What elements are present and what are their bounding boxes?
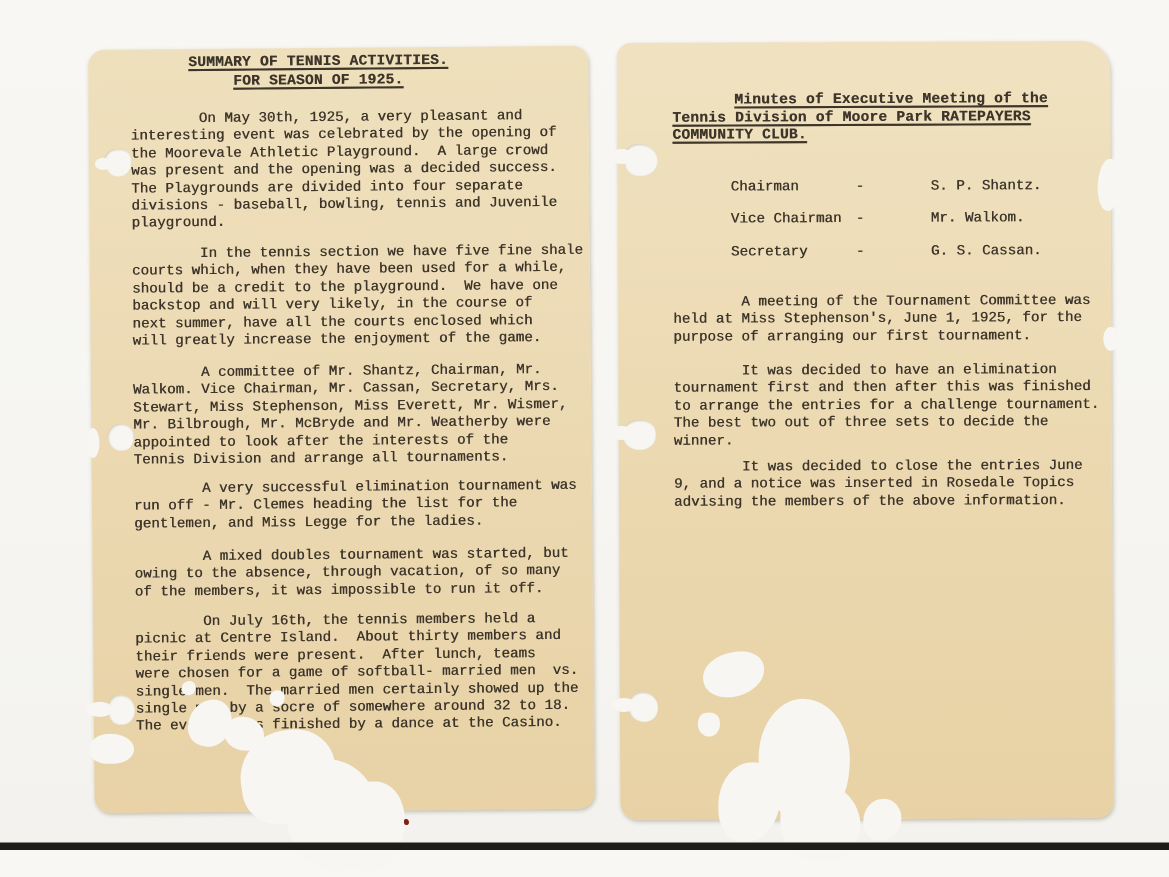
edge-tear — [1098, 159, 1120, 211]
torn-area — [780, 782, 860, 850]
left-page-title: SUMMARY OF TENNIS ACTIVITIES. FOR SEASON… — [88, 52, 548, 92]
officer-row-secretary: Secretary - G. S. Cassan. — [731, 243, 1103, 262]
punch-hole — [107, 424, 133, 451]
torn-hole — [182, 681, 196, 695]
officer-dash: - — [856, 179, 931, 197]
left-paragraph-opening-playground: On May 30th, 1925, a very pleasant and i… — [131, 108, 594, 234]
officer-dash: - — [856, 211, 931, 229]
right-paragraph-tournament-format: It was decided to have an elimination to… — [673, 362, 1113, 451]
left-paragraph-tennis-section: In the tennis section we have five fine … — [132, 243, 595, 351]
torn-area — [718, 762, 780, 842]
right-page-document: Minutes of Executive Meeting of the Tenn… — [617, 41, 1113, 820]
right-paragraph-committee-meeting: A meeting of the Tournament Committee wa… — [673, 293, 1113, 347]
torn-hole — [699, 647, 768, 701]
officer-role: Secretary — [731, 244, 856, 262]
officer-role: Vice Chairman — [731, 211, 856, 229]
officer-name: Mr. Walkom. — [931, 210, 1103, 228]
left-page-document: SUMMARY OF TENNIS ACTIVITIES. FOR SEASON… — [88, 46, 595, 813]
scanner-bed: SUMMARY OF TENNIS ACTIVITIES. FOR SEASON… — [0, 0, 1169, 850]
edge-tear — [90, 734, 134, 764]
punch-hole-tear — [612, 698, 636, 712]
scan-edge-band — [0, 842, 1169, 850]
torn-hole — [698, 713, 720, 737]
right-title-line-2: Tennis Division of Moore Park RATEPAYERS — [672, 109, 1030, 127]
edge-tear — [863, 799, 901, 841]
red-ink-speck — [404, 819, 409, 825]
left-paragraph-committee: A committee of Mr. Shantz, Chairman, Mr.… — [133, 362, 596, 470]
punch-hole-tear — [610, 426, 634, 440]
officer-name: G. S. Cassan. — [931, 243, 1103, 261]
punch-hole-tear — [609, 149, 633, 164]
officer-row-vice-chairman: Vice Chairman - Mr. Walkom. — [731, 210, 1103, 229]
officer-role: Chairman — [731, 179, 856, 197]
left-paragraph-mixed-doubles: A mixed doubles tournament was started, … — [134, 546, 596, 602]
officer-name: S. P. Shantz. — [931, 178, 1103, 196]
edge-nick — [1103, 327, 1118, 351]
officer-dash: - — [856, 243, 931, 261]
left-paragraph-elimination-tournament: A very successful elimination tournament… — [134, 478, 596, 534]
officer-row-chairman: Chairman - S. P. Shantz. — [731, 178, 1103, 197]
left-title-line-1: SUMMARY OF TENNIS ACTIVITIES. — [88, 52, 548, 74]
edge-notch — [86, 428, 99, 458]
left-title-line-2: FOR SEASON OF 1925. — [233, 72, 403, 91]
officers-list: Chairman - S. P. Shantz. Vice Chairman -… — [673, 178, 1103, 277]
right-paragraph-entries-close: It was decided to close the entries June… — [674, 458, 1114, 512]
punch-hole-tear — [95, 158, 111, 170]
right-title-line-3: COMMUNITY CLUB. — [672, 127, 806, 144]
right-page-title: Minutes of Executive Meeting of the Tenn… — [672, 91, 1112, 146]
right-title-line-1: Minutes of Executive Meeting of the — [734, 91, 1048, 108]
